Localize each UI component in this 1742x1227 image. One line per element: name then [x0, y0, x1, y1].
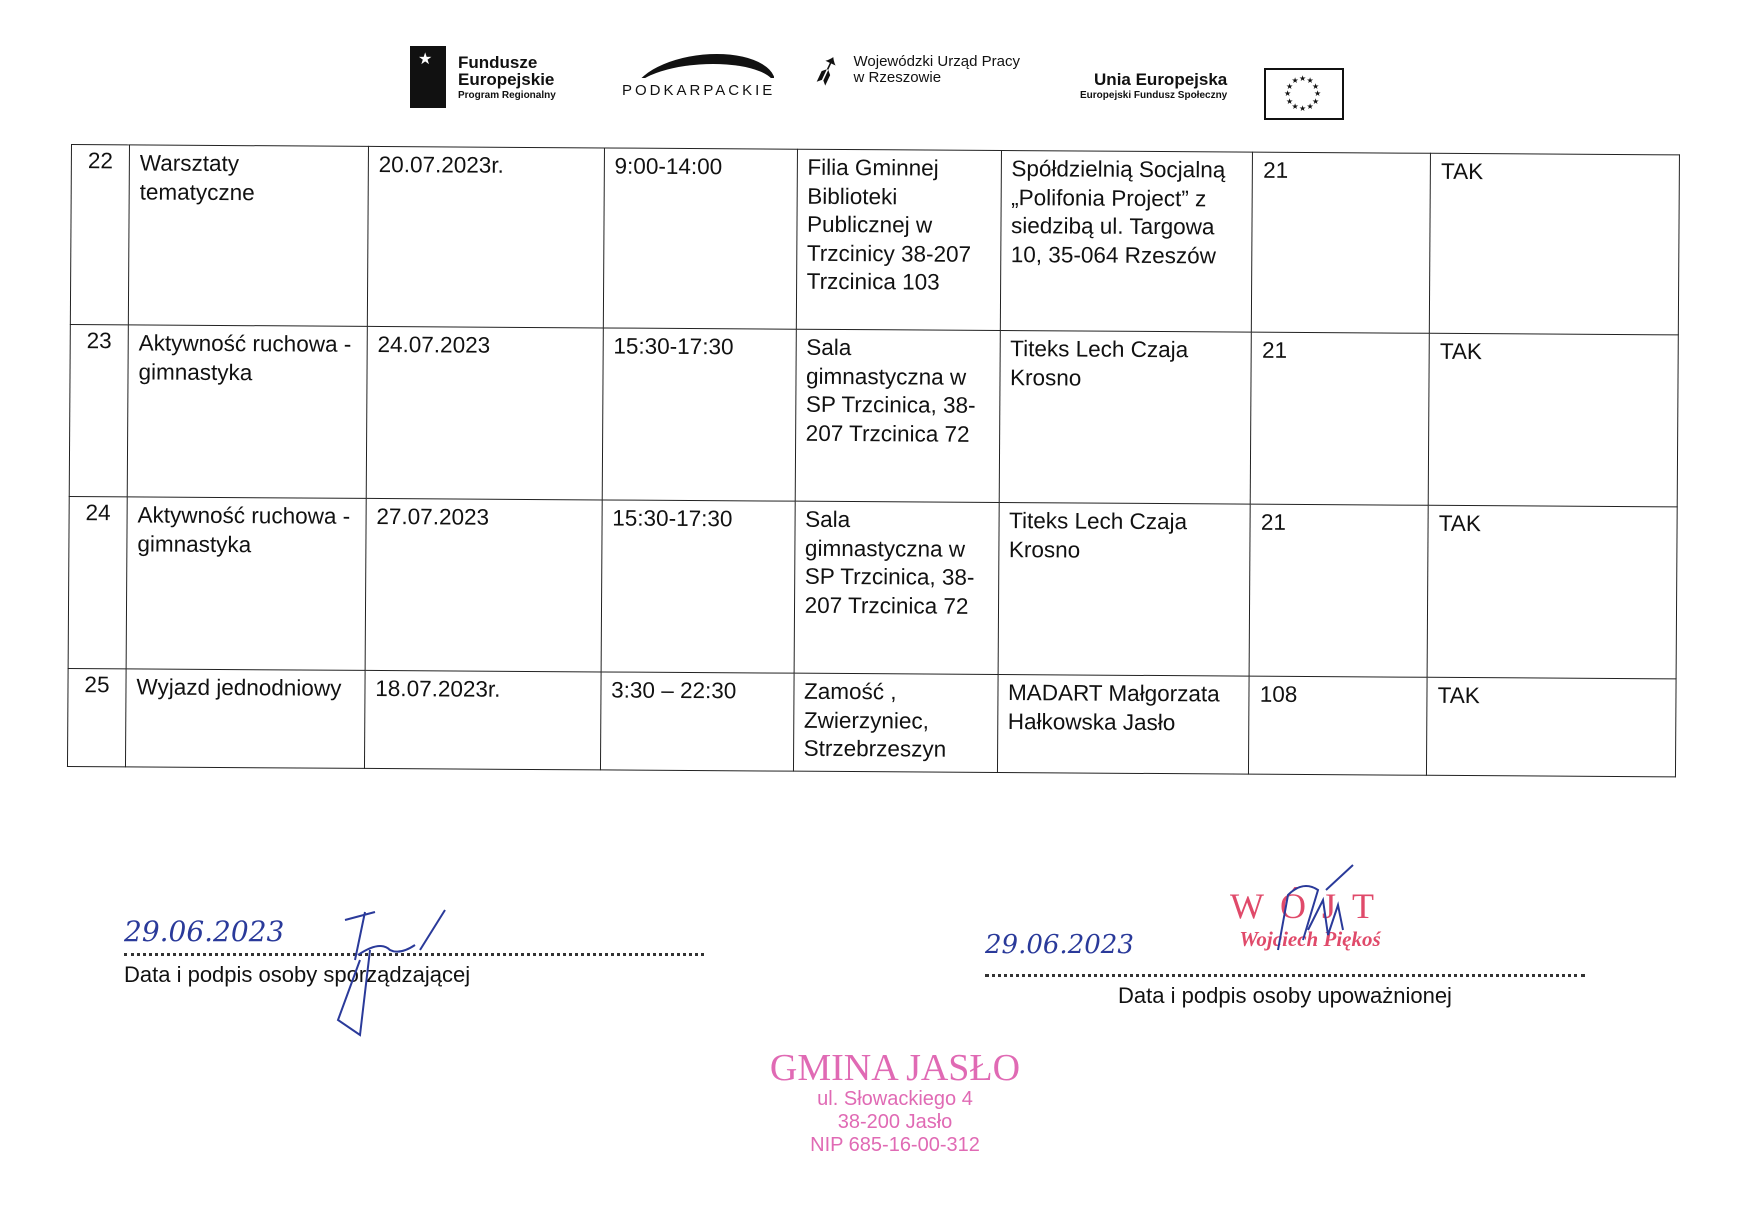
signature-label-right: Data i podpis osoby upoważnionej [985, 983, 1585, 1009]
cell-flag: TAK [1428, 333, 1678, 507]
fe-line1: Fundusze [458, 54, 556, 71]
wup-logo: ➶ Wojewódzki Urząd Pracy w Rzeszowie [810, 50, 1020, 90]
cell-participants: 21 [1252, 152, 1431, 333]
cell-time: 15:30-17:30 [602, 328, 796, 501]
cell-provider: Spółdzielnią Socjalną „Polifonia Project… [1000, 151, 1253, 333]
cell-flag: TAK [1430, 153, 1680, 335]
cell-no: 22 [70, 145, 129, 325]
eu-flag-icon: ★★★★★★★★★★★★ [1264, 68, 1344, 120]
cell-place: Zamość , Zwierzyniec, Strzebrzeszyn [793, 673, 998, 772]
stamp-line1: GMINA JASŁO [760, 1048, 1030, 1088]
podkarpackie-text: PODKARPACKIE [622, 82, 775, 99]
cell-participants: 108 [1249, 676, 1427, 775]
cell-flag: TAK [1427, 505, 1677, 679]
cell-time: 9:00-14:00 [603, 148, 797, 329]
cell-provider: Titeks Lech Czaja Krosno [998, 502, 1251, 676]
table-row: 24Aktywność ruchowa - gimnastyka27.07.20… [68, 496, 1677, 678]
cell-participants: 21 [1249, 504, 1428, 677]
fe-line2: Europejskie [458, 71, 556, 88]
header-logos: ★ Fundusze Europejskie Program Regionaln… [0, 40, 1742, 130]
gmina-stamp: GMINA JASŁO ul. Słowackiego 4 38-200 Jas… [760, 1048, 1030, 1157]
table-row: 23Aktywność ruchowa - gimnastyka24.07.20… [69, 324, 1678, 506]
fundusze-europejskie-logo: ★ Fundusze Europejskie Program Regionaln… [410, 46, 556, 108]
table-row: 25Wyjazd jednodniowy18.07.2023r.3:30 – 2… [67, 668, 1676, 776]
cell-time: 3:30 – 22:30 [600, 672, 793, 771]
cell-activity: Aktywność ruchowa - gimnastyka [127, 325, 367, 499]
cell-activity: Wyjazd jednodniowy [125, 669, 365, 769]
cell-no: 23 [69, 324, 128, 496]
cell-place: Filia Gminnej Biblioteki Publicznej w Tr… [796, 149, 1001, 330]
cell-time: 15:30-17:30 [601, 500, 795, 673]
stamp-line2: ul. Słowackiego 4 [760, 1088, 1030, 1111]
podkarpackie-logo: PODKARPACKIE [622, 48, 775, 99]
cell-no: 25 [67, 668, 126, 766]
cell-date: 27.07.2023 [365, 498, 602, 672]
stamp-line4: NIP 685-16-00-312 [760, 1134, 1030, 1157]
handwritten-date-right: 29.06.2023 [985, 930, 1585, 964]
cell-place: Sala gimnastyczna w SP Trzcinica, 38-207… [795, 329, 1000, 502]
cell-provider: Titeks Lech Czaja Krosno [999, 331, 1252, 505]
cell-no: 24 [68, 496, 127, 668]
cell-provider: MADART Małgorzata Hałkowska Jasło [997, 674, 1249, 774]
ue-line2: Europejski Fundusz Społeczny [1080, 90, 1227, 101]
signature-block-authorized: 29.06.2023 Data i podpis osoby upoważnio… [985, 940, 1585, 1009]
cell-activity: Aktywność ruchowa - gimnastyka [126, 497, 366, 671]
activities-table: 22Warsztaty tematyczne20.07.2023r.9:00-1… [67, 144, 1680, 777]
cell-place: Sala gimnastyczna w SP Trzcinica, 38-207… [794, 501, 999, 674]
wup-line1: Wojewódzki Urząd Pracy [854, 54, 1020, 70]
wup-bird-icon: ➶ [804, 45, 849, 94]
cell-date: 18.07.2023r. [364, 670, 601, 770]
wup-line2: w Rzeszowie [854, 70, 1020, 86]
table-row: 22Warsztaty tematyczne20.07.2023r.9:00-1… [70, 145, 1679, 335]
fundusze-star-icon: ★ [410, 46, 446, 108]
signature-scribble-left [320, 900, 480, 1045]
cell-date: 20.07.2023r. [367, 146, 604, 328]
cell-activity: Warsztaty tematyczne [128, 145, 368, 327]
stamp-line3: 38-200 Jasło [760, 1111, 1030, 1134]
podkarpackie-arc-icon [624, 48, 774, 78]
cell-date: 24.07.2023 [366, 326, 603, 500]
ue-line1: Unia Europejska [1080, 70, 1227, 90]
cell-flag: TAK [1427, 677, 1676, 777]
ue-logo: Unia Europejska Europejski Fundusz Społe… [1080, 70, 1227, 101]
cell-participants: 21 [1251, 332, 1430, 505]
signature-line-right [985, 974, 1585, 977]
fe-line3: Program Regionalny [458, 90, 556, 101]
